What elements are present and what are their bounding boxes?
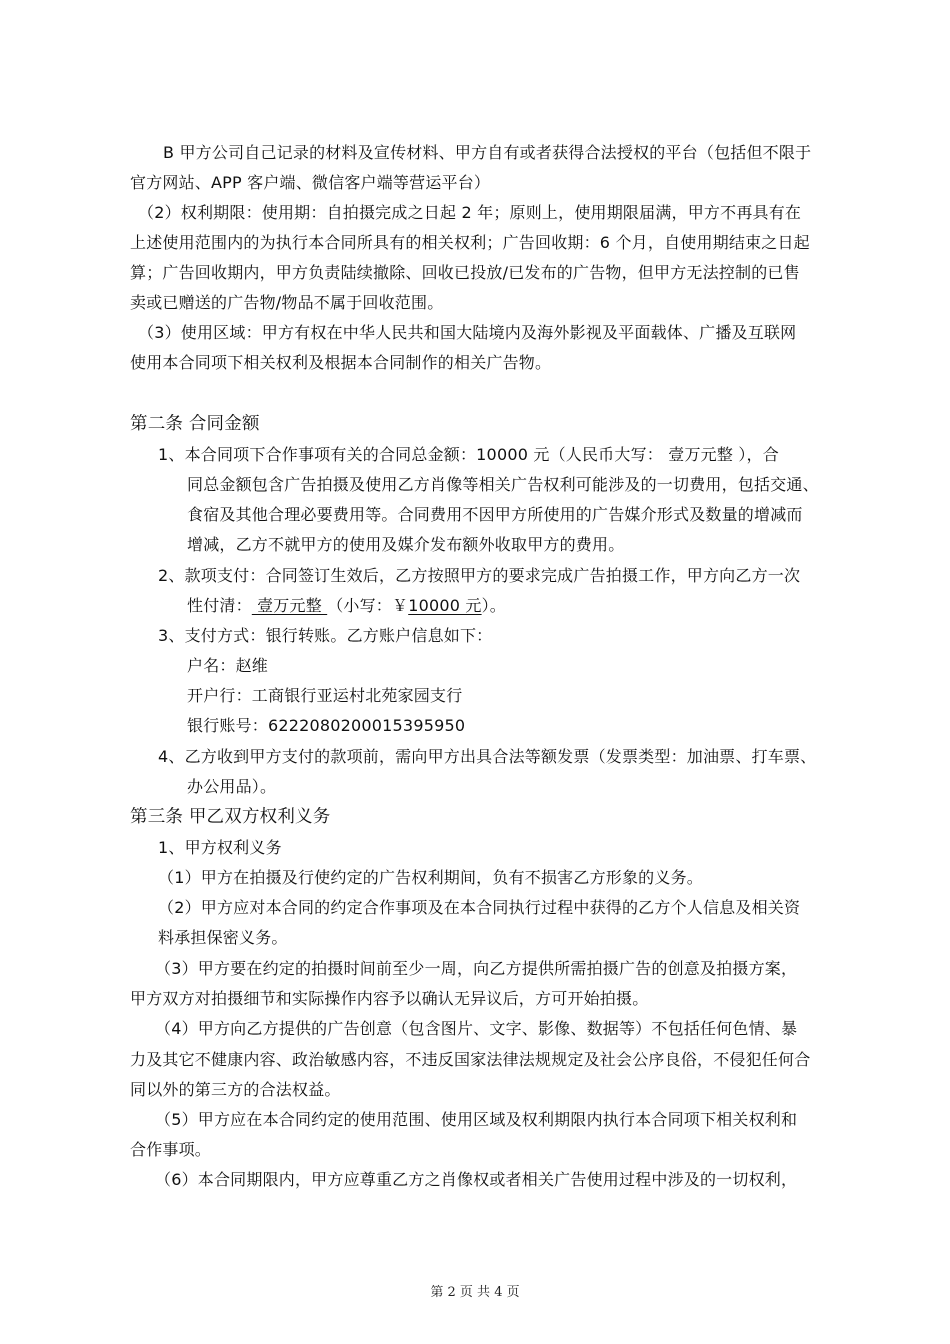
account-number: 银行账号：6222080200015395950 (187, 716, 465, 736)
paragraph-line: （3）使用区域：甲方有权在中华人民共和国大陆境内及海外影视及平面载体、广播及互联… (138, 323, 796, 343)
amount-in-numbers: 10000 元 (408, 596, 481, 615)
amount-paren-open: （小写：￥ (327, 596, 408, 615)
article-3-clause-line: （3）甲方要在约定的拍摄时间前至少一周，向乙方提供所需拍摄广告的创意及拍摄方案， (155, 959, 797, 979)
article-2-item-4-line: 4、乙方收到甲方支付的款项前，需向甲方出具合法等额发票（发票类型：加油票、打车票… (158, 747, 816, 767)
payment-label: 性付清： (187, 596, 252, 615)
article-3-clause-line: 料承担保密义务。 (158, 928, 288, 948)
amount-paren-close: ）。 (482, 596, 506, 615)
amount-in-words: 壹万元整 (252, 596, 327, 615)
article-3-clause-line: 合作事项。 (130, 1140, 211, 1160)
paragraph-line: （2）权利期限：使用期：自拍摄完成之日起 2 年；原则上，使用期限届满，甲方不再… (138, 203, 801, 223)
article-3-heading: 第三条 甲乙双方权利义务 (130, 807, 330, 827)
article-3-clause-line: （5）甲方应在本合同约定的使用范围、使用区域及权利期限内执行本合同项下相关权利和 (155, 1110, 797, 1130)
paragraph-line: 官方网站、APP 客户端、微信客户端等营运平台） (130, 173, 490, 193)
article-3-clause-line: （1）甲方在拍摄及行使约定的广告权利期间，负有不损害乙方形象的义务。 (158, 868, 703, 888)
document-page: B 甲方公司自己记录的材料及宣传材料、甲方自有或者获得合法授权的平台（包括但不限… (0, 0, 950, 1344)
article-3-clause-line: （2）甲方应对本合同的约定合作事项及在本合同执行过程中获得的乙方个人信息及相关资 (158, 898, 800, 918)
paragraph-line: 算；广告回收期内，甲方负责陆续撤除、回收已投放/已发布的广告物，但甲方无法控制的… (130, 263, 800, 283)
article-2-item-1-line: 增减，乙方不就甲方的使用及媒介发布额外收取甲方的费用。 (187, 535, 624, 555)
article-2-item-1-line: 食宿及其他合理必要费用等。合同费用不因甲方所使用的广告媒介形式及数量的增减而 (187, 505, 803, 525)
paragraph-line: B 甲方公司自己记录的材料及宣传材料、甲方自有或者获得合法授权的平台（包括但不限… (163, 143, 811, 163)
article-3-clause-line: （4）甲方向乙方提供的广告创意（包含图片、文字、影像、数据等）不包括任何色情、暴 (155, 1019, 797, 1039)
article-3-clause-line: 同以外的第三方的合法权益。 (130, 1080, 341, 1100)
article-2-item-1-line: 同总金额包含广告拍摄及使用乙方肖像等相关广告权利可能涉及的一切费用，包括交通、 (187, 475, 819, 495)
article-3-clause-line: 甲方双方对拍摄细节和实际操作内容予以确认无异议后，方可开始拍摄。 (130, 989, 648, 1009)
account-name: 户名：赵维 (187, 656, 268, 676)
article-2-item-4-line: 办公用品）。 (187, 777, 276, 797)
paragraph-line: 上述使用范围内的为执行本合同所具有的相关权利；广告回收期：6 个月，自使用期结束… (130, 233, 810, 253)
article-3-subheading: 1、甲方权利义务 (158, 838, 282, 858)
bank-name: 开户行：工商银行亚运村北苑家园支行 (187, 686, 462, 706)
article-3-clause-line: （6）本合同期限内，甲方应尊重乙方之肖像权或者相关广告使用过程中涉及的一切权利， (155, 1170, 797, 1190)
article-2-item-2-line: 2、款项支付：合同签订生效后，乙方按照甲方的要求完成广告拍摄工作，甲方向乙方一次 (158, 566, 800, 586)
article-3-clause-line: 力及其它不健康内容、政治敏感内容，不违反国家法律法规规定及社会公序良俗，不侵犯任… (130, 1050, 810, 1070)
article-2-item-3: 3、支付方式：银行转账。乙方账户信息如下： (158, 626, 492, 646)
page-number-footer: 第 2 页 共 4 页 (0, 1281, 950, 1300)
article-2-item-1-line: 1、本合同项下合作事项有关的合同总金额：10000 元（人民币大写： 壹万元整 … (158, 445, 779, 465)
article-2-item-2-amount-line: 性付清： 壹万元整 （小写：￥10000 元）。 (187, 596, 506, 616)
article-2-heading: 第二条 合同金额 (130, 414, 260, 434)
paragraph-line: 卖或已赠送的广告物/物品不属于回收范围。 (130, 293, 443, 313)
paragraph-line: 使用本合同项下相关权利及根据本合同制作的相关广告物。 (130, 353, 551, 373)
